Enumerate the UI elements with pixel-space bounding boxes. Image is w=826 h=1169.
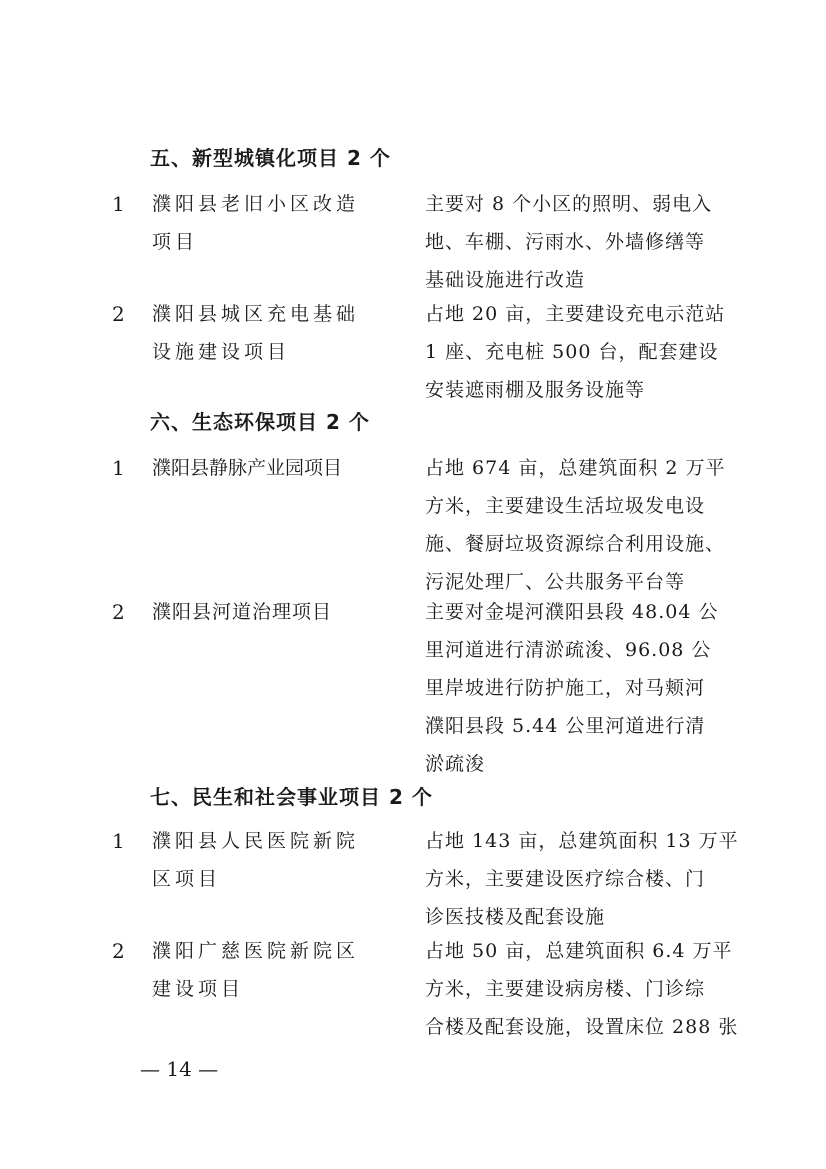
project-name-line: 濮阳广慈医院新院区 (152, 932, 372, 970)
description-line: 方米，主要建设生活垃圾发电设 (425, 487, 737, 525)
project-name-line: 设施建设项目 (152, 333, 372, 371)
project-name: 濮阳县城区充电基础 设施建设项目 (152, 295, 372, 371)
description-line: 安装遮雨棚及服务设施等 (425, 371, 737, 409)
project-name-line: 项目 (152, 223, 372, 261)
description-line: 地、车棚、污雨水、外墙修缮等 (425, 223, 737, 261)
description-line: 濮阳县段 5.44 公里河道进行清 (425, 707, 737, 745)
description-line: 里河道进行清淤疏浚、96.08 公 (425, 631, 737, 669)
item-number: 1 (112, 449, 125, 487)
description-line: 占地 143 亩，总建筑面积 13 万平 (425, 822, 737, 860)
project-name: 濮阳广慈医院新院区 建设项目 (152, 932, 372, 1008)
section-heading: 五、新型城镇化项目 2 个 (150, 146, 391, 170)
project-name: 濮阳县人民医院新院 区项目 (152, 822, 372, 898)
project-description: 占地 143 亩，总建筑面积 13 万平 方米，主要建设医疗综合楼、门 诊医技楼… (425, 822, 737, 936)
project-name: 濮阳县老旧小区改造 项目 (152, 185, 372, 261)
project-description: 占地 50 亩，总建筑面积 6.4 万平 方米，主要建设病房楼、门诊综 合楼及配… (425, 932, 737, 1046)
project-name-line: 区项目 (152, 860, 372, 898)
project-name-line: 濮阳县河道治理项目 (152, 593, 372, 631)
item-number: 2 (112, 295, 125, 333)
project-name-line: 建设项目 (152, 970, 372, 1008)
description-line: 主要对 8 个小区的照明、弱电入 (425, 185, 737, 223)
section-heading: 六、生态环保项目 2 个 (150, 410, 370, 434)
description-line: 主要对金堤河濮阳县段 48.04 公 (425, 593, 737, 631)
item-number: 2 (112, 593, 125, 631)
description-line: 1 座、充电桩 500 台，配套建设 (425, 333, 737, 371)
project-name-line: 濮阳县人民医院新院 (152, 822, 372, 860)
project-name-line: 濮阳县城区充电基础 (152, 295, 372, 333)
description-line: 基础设施进行改造 (425, 261, 737, 299)
document-page: 五、新型城镇化项目 2 个 1 濮阳县老旧小区改造 项目 主要对 8 个小区的照… (0, 0, 826, 1169)
description-line: 里岸坡进行防护施工，对马颊河 (425, 669, 737, 707)
project-description: 主要对金堤河濮阳县段 48.04 公 里河道进行清淤疏浚、96.08 公 里岸坡… (425, 593, 737, 783)
description-line: 诊医技楼及配套设施 (425, 898, 737, 936)
project-description: 占地 674 亩，总建筑面积 2 万平 方米，主要建设生活垃圾发电设 施、餐厨垃… (425, 449, 737, 601)
project-description: 主要对 8 个小区的照明、弱电入 地、车棚、污雨水、外墙修缮等 基础设施进行改造 (425, 185, 737, 299)
project-name-line: 濮阳县静脉产业园项目 (152, 449, 372, 487)
project-name-line: 濮阳县老旧小区改造 (152, 185, 372, 223)
project-name: 濮阳县静脉产业园项目 (152, 449, 372, 487)
description-line: 占地 20 亩，主要建设充电示范站 (425, 295, 737, 333)
project-description: 占地 20 亩，主要建设充电示范站 1 座、充电桩 500 台，配套建设 安装遮… (425, 295, 737, 409)
description-line: 方米，主要建设病房楼、门诊综 (425, 970, 737, 1008)
section-heading: 七、民生和社会事业项目 2 个 (150, 785, 433, 809)
project-name: 濮阳县河道治理项目 (152, 593, 372, 631)
description-line: 施、餐厨垃圾资源综合利用设施、 (425, 525, 737, 563)
description-line: 淤疏浚 (425, 745, 737, 783)
item-number: 2 (112, 932, 125, 970)
item-number: 1 (112, 185, 125, 223)
description-line: 合楼及配套设施，设置床位 288 张 (425, 1008, 737, 1046)
description-line: 占地 674 亩，总建筑面积 2 万平 (425, 449, 737, 487)
page-number: — 14 — (140, 1057, 218, 1081)
description-line: 占地 50 亩，总建筑面积 6.4 万平 (425, 932, 737, 970)
description-line: 方米，主要建设医疗综合楼、门 (425, 860, 737, 898)
item-number: 1 (112, 822, 125, 860)
